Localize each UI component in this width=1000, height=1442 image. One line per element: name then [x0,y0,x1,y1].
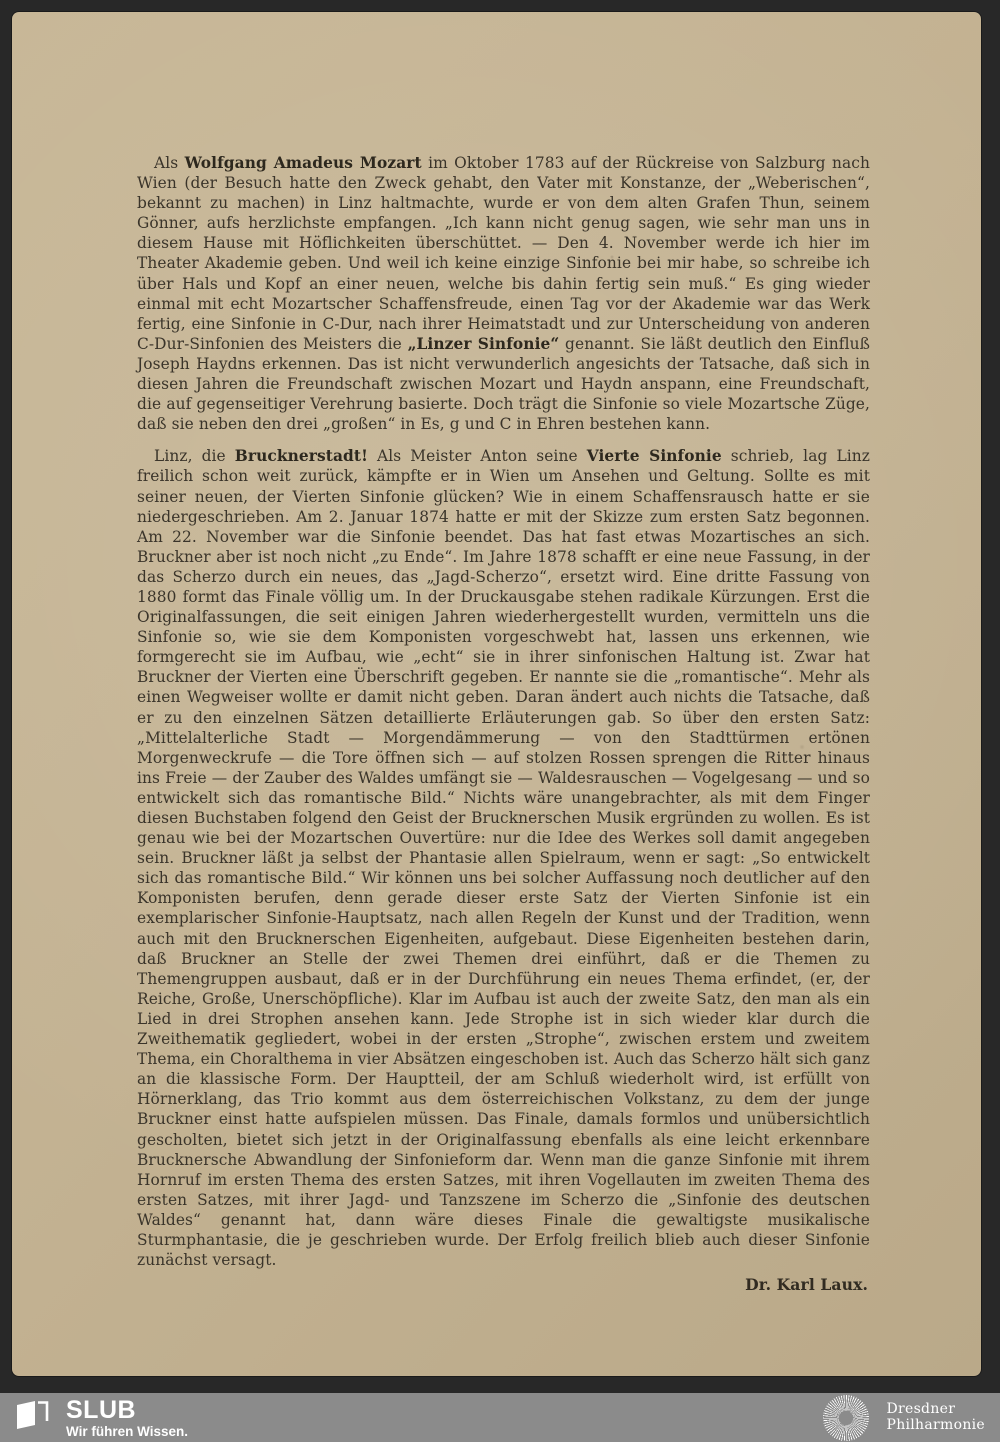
program-note-text: Als Wolfgang Amadeus Mozart im Oktober 1… [137,153,870,1295]
slub-book-icon [15,1399,51,1429]
text-segment-bold-mozart-name: Wolfgang Amadeus Mozart [185,154,422,172]
text-segment: Als [154,154,185,172]
dresdner-philharmonie-logo: Dresdner Philharmonie [823,1395,985,1441]
slub-logo: SLUB Wir führen Wissen. [15,1397,188,1439]
paragraph-bruckner-vierte-sinfonie: Linz, die Brucknerstadt! Als Meister Ant… [137,446,870,1270]
slub-name: SLUB [66,1399,188,1422]
dp-line-2: Philharmonie [886,1418,985,1434]
text-segment: Als Meister Anton seine [368,447,587,465]
sunburst-icon [823,1395,869,1441]
paragraph-mozart-linzer-sinfonie: Als Wolfgang Amadeus Mozart im Oktober 1… [137,153,870,434]
text-segment: Linz, die [154,447,235,465]
dresdner-philharmonie-text: Dresdner Philharmonie [886,1402,985,1433]
slub-tagline: Wir führen Wissen. [66,1424,188,1439]
viewer-background: Als Wolfgang Amadeus Mozart im Oktober 1… [0,0,1000,1442]
slub-text-block: SLUB Wir führen Wissen. [66,1399,188,1439]
text-segment-bold-brucknerstadt: Brucknerstadt! [235,447,368,465]
text-segment-bold-linzer-sinfonie: „Linzer Sinfonie“ [408,335,560,353]
footer-banner: SLUB Wir führen Wissen. Dresdner Philhar… [0,1393,1000,1442]
dp-line-1: Dresdner [886,1402,985,1418]
text-segment: schrieb, lag Linz freilich schon weit zu… [137,447,875,1269]
text-segment-bold-vierte-sinfonie: Vierte Sinfonie [587,447,722,465]
author-signature: Dr. Karl Laux. [137,1275,870,1295]
text-segment: im Oktober 1783 auf der Rückreise von Sa… [137,154,875,353]
scanned-page: Als Wolfgang Amadeus Mozart im Oktober 1… [12,12,981,1376]
